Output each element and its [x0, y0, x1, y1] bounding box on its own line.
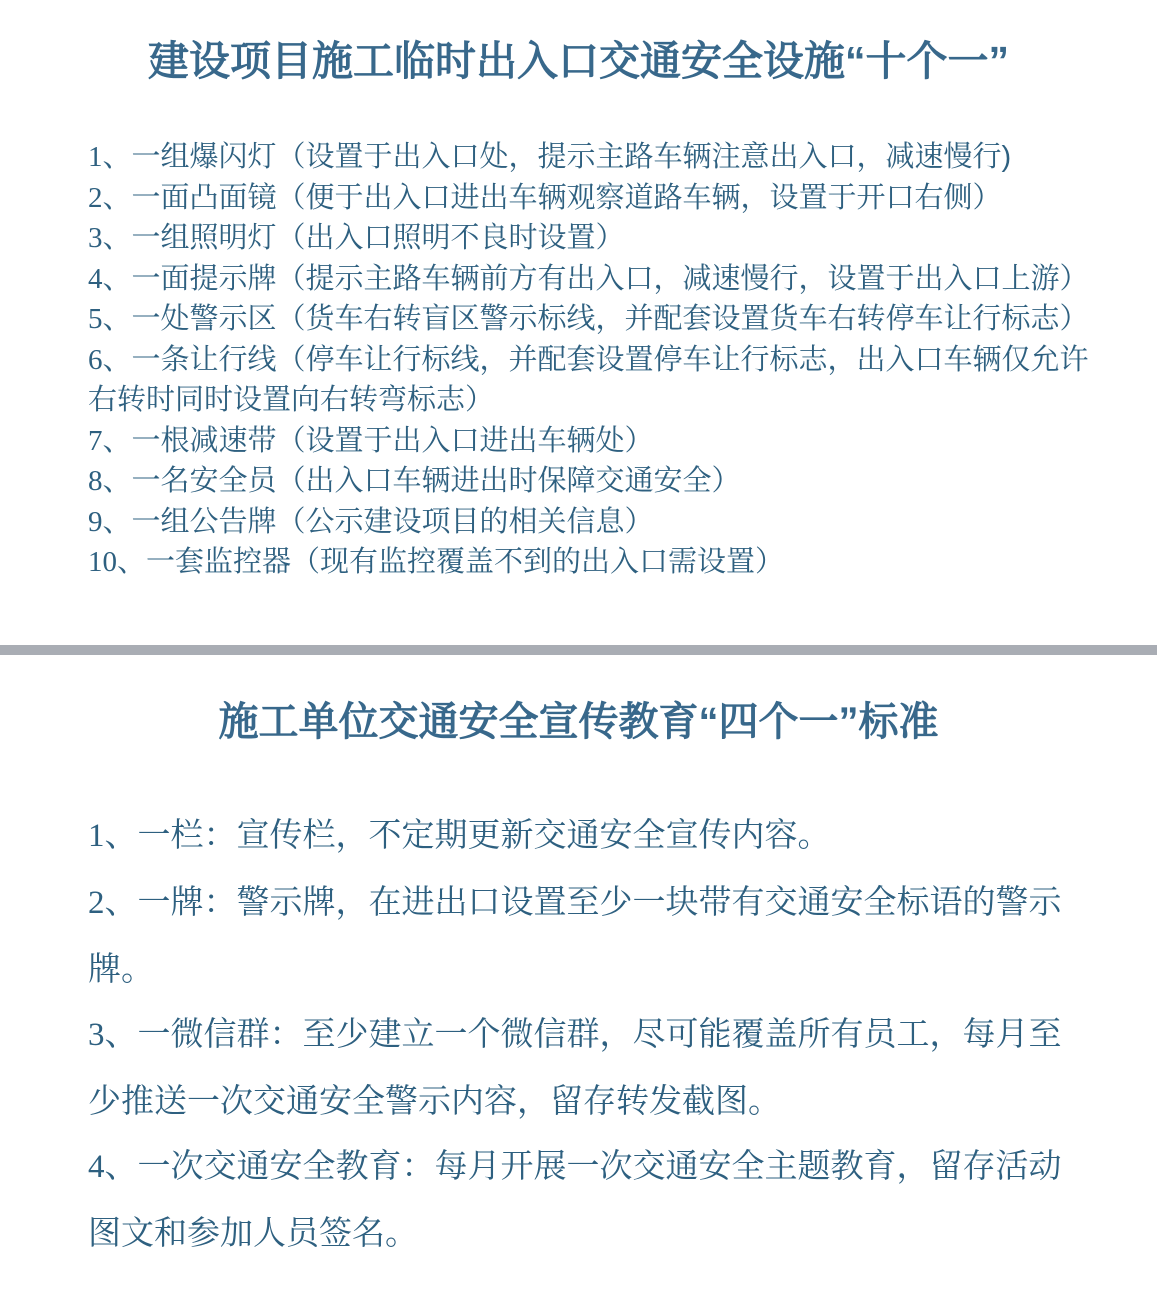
item-number: 4、: [88, 263, 132, 295]
item-text: 一组爆闪灯（设置于出入口处，提示主路车辆注意出入口，减速慢行): [132, 141, 1012, 173]
item-text: 一处警示区（货车右转盲区警示标线，并配套设置货车右转停车让行标志）: [132, 303, 1089, 335]
item-text: 一套监控器（现有监控覆盖不到的出入口需设置）: [146, 546, 784, 578]
item-number: 9、: [88, 506, 132, 538]
item-text: 一条让行线（停车让行标线，并配套设置停车让行标志，出入口车辆仅允许: [132, 344, 1089, 376]
list-item: 9、一组公告牌（公示建设项目的相关信息）: [88, 502, 1117, 543]
item-number: 5、: [88, 303, 132, 335]
list-item: 10、一套监控器（现有监控覆盖不到的出入口需设置）: [88, 542, 1117, 583]
list-item: 5、一处警示区（货车右转盲区警示标线，并配套设置货车右转停车让行标志）: [88, 299, 1117, 340]
list-item-continuation: 少推送一次交通安全警示内容，留存转发截图。: [88, 1068, 1117, 1133]
list-item-continuation: 牌。: [88, 936, 1117, 1001]
item-number: 7、: [88, 425, 132, 457]
list-item: 4、一面提示牌（提示主路车辆前方有出入口，减速慢行，设置于出入口上游）: [88, 259, 1117, 300]
item-text: 一组照明灯（出入口照明不良时设置）: [132, 222, 625, 254]
list-item: 3、一组照明灯（出入口照明不良时设置）: [88, 218, 1117, 259]
item-text: 一微信群：至少建立一个微信群，尽可能覆盖所有员工，每月至: [138, 1015, 1062, 1052]
item-text: 一栏：宣传栏，不定期更新交通安全宣传内容。: [138, 816, 831, 853]
section1-title: 建设项目施工临时出入口交通安全设施“十个一”: [0, 0, 1157, 85]
section1-list: 1、一组爆闪灯（设置于出入口处，提示主路车辆注意出入口，减速慢行) 2、一面凸面…: [88, 137, 1117, 583]
item-text: 一面提示牌（提示主路车辆前方有出入口，减速慢行，设置于出入口上游）: [132, 263, 1089, 295]
item-number: 1、: [88, 141, 132, 173]
item-number: 8、: [88, 465, 132, 497]
list-item-continuation: 图文和参加人员签名。: [88, 1200, 1117, 1265]
list-item: 6、一条让行线（停车让行标线，并配套设置停车让行标志，出入口车辆仅允许: [88, 340, 1117, 381]
list-item: 7、一根减速带（设置于出入口进出车辆处）: [88, 421, 1117, 462]
item-number: 10、: [88, 546, 146, 578]
item-number: 1、: [88, 818, 138, 854]
item-text: 一面凸面镜（便于出入口进出车辆观察道路车辆，设置于开口右侧）: [132, 182, 1002, 214]
list-item: 2、一面凸面镜（便于出入口进出车辆观察道路车辆，设置于开口右侧）: [88, 178, 1117, 219]
section2-list: 1、一栏：宣传栏，不定期更新交通安全宣传内容。 2、一牌：警示牌，在进出口设置至…: [88, 802, 1117, 1265]
section2-title: 施工单位交通安全宣传教育“四个一”标准: [0, 655, 1157, 745]
list-item: 8、一名安全员（出入口车辆进出时保障交通安全）: [88, 461, 1117, 502]
list-item: 3、一微信群：至少建立一个微信群，尽可能覆盖所有员工，每月至: [88, 1001, 1117, 1068]
traffic-safety-notice-page: 建设项目施工临时出入口交通安全设施“十个一” 1、一组爆闪灯（设置于出入口处，提…: [0, 0, 1157, 1304]
list-item-continuation: 右转时同时设置向右转弯标志）: [88, 380, 1117, 421]
item-text: 一根减速带（设置于出入口进出车辆处）: [132, 425, 654, 457]
item-number: 2、: [88, 182, 132, 214]
item-text: 一组公告牌（公示建设项目的相关信息）: [132, 506, 654, 538]
item-number: 3、: [88, 222, 132, 254]
section-divider: [0, 645, 1157, 655]
list-item: 4、一次交通安全教育：每月开展一次交通安全主题教育，留存活动: [88, 1133, 1117, 1200]
item-text: 一次交通安全教育：每月开展一次交通安全主题教育，留存活动: [138, 1147, 1062, 1184]
list-item: 1、一栏：宣传栏，不定期更新交通安全宣传内容。: [88, 802, 1117, 869]
item-text: 一名安全员（出入口车辆进出时保障交通安全）: [132, 465, 741, 497]
item-number: 6、: [88, 344, 132, 376]
item-number: 3、: [88, 1017, 138, 1053]
item-number: 4、: [88, 1149, 138, 1185]
list-item: 1、一组爆闪灯（设置于出入口处，提示主路车辆注意出入口，减速慢行): [88, 137, 1117, 178]
list-item: 2、一牌：警示牌，在进出口设置至少一块带有交通安全标语的警示: [88, 869, 1117, 936]
item-text: 一牌：警示牌，在进出口设置至少一块带有交通安全标语的警示: [138, 883, 1062, 920]
item-number: 2、: [88, 885, 138, 921]
